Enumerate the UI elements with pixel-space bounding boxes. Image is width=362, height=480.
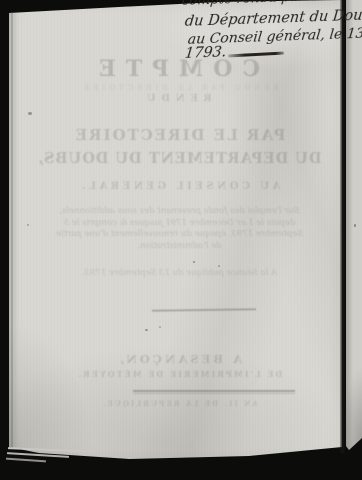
paragraph-line: depuis le 1.er Décembre 1791 jusques & c… — [64, 218, 296, 228]
double-rule-bottom — [134, 393, 296, 394]
gutter-fold-line — [340, 0, 346, 453]
double-rule-top — [134, 390, 296, 392]
paper-speck — [159, 326, 161, 328]
paper-speck — [28, 112, 32, 115]
showthrough-ghost-caps: RENDU PAR LE DIRECTOIRE — [13, 84, 346, 92]
paragraph-line: Septembre 1793, époque du renouvellement… — [56, 229, 303, 239]
paper-speck — [27, 224, 29, 226]
showthrough-double-rule — [134, 390, 296, 394]
showthrough-inner: COMPTE RENDU PAR LE DIRECTOIRE RENDU PAR… — [13, 0, 346, 459]
book-page: COMPTE RENDU PAR LE DIRECTOIRE RENDU PAR… — [9, 0, 342, 459]
page-shading — [9, 0, 342, 459]
showthrough-imprint-printer: DE L'IMPRIMERIE DE MÉTOYER. — [13, 369, 346, 379]
showthrough-paragraph: Sur l'emploi des fonds provenant des sou… — [13, 206, 346, 252]
showthrough-print-mirrored: COMPTE RENDU PAR LE DIRECTOIRE RENDU PAR… — [9, 0, 342, 459]
adjacent-page-shading — [346, 0, 362, 450]
showthrough-imprint-year: AN II. DE LA REPUBLIQUE. — [13, 399, 346, 408]
adjacent-page-edge — [346, 0, 362, 450]
paper-speck — [193, 261, 195, 263]
showthrough-line-directoire: PAR LE DIRECTOIRE — [13, 126, 346, 144]
showthrough-subtitle: RENDU — [13, 93, 346, 104]
page-left-underedge — [11, 12, 13, 448]
paragraph-line: Sur l'emploi des fonds provenant des sou… — [59, 206, 300, 216]
paper-speck — [218, 265, 220, 267]
paragraph-line: de l'administration. — [137, 241, 221, 251]
paper-speck — [145, 329, 148, 331]
showthrough-thin-rule — [152, 308, 256, 311]
showthrough-seance-line: A la Séance publique du 13 Septembre 179… — [13, 268, 346, 278]
showthrough-title: COMPTE — [13, 56, 346, 82]
stacked-page-edge — [6, 458, 46, 462]
showthrough-line-departement: DU DEPARTEMENT DU DOUBS, — [13, 150, 346, 167]
showthrough-imprint-city: A BESANÇON, — [13, 352, 346, 366]
photographed-book-spread: { "handwriting": { "line1": "compte rend… — [0, 0, 362, 480]
showthrough-line-conseil: AU CONSEIL GENERAL. — [13, 181, 346, 192]
